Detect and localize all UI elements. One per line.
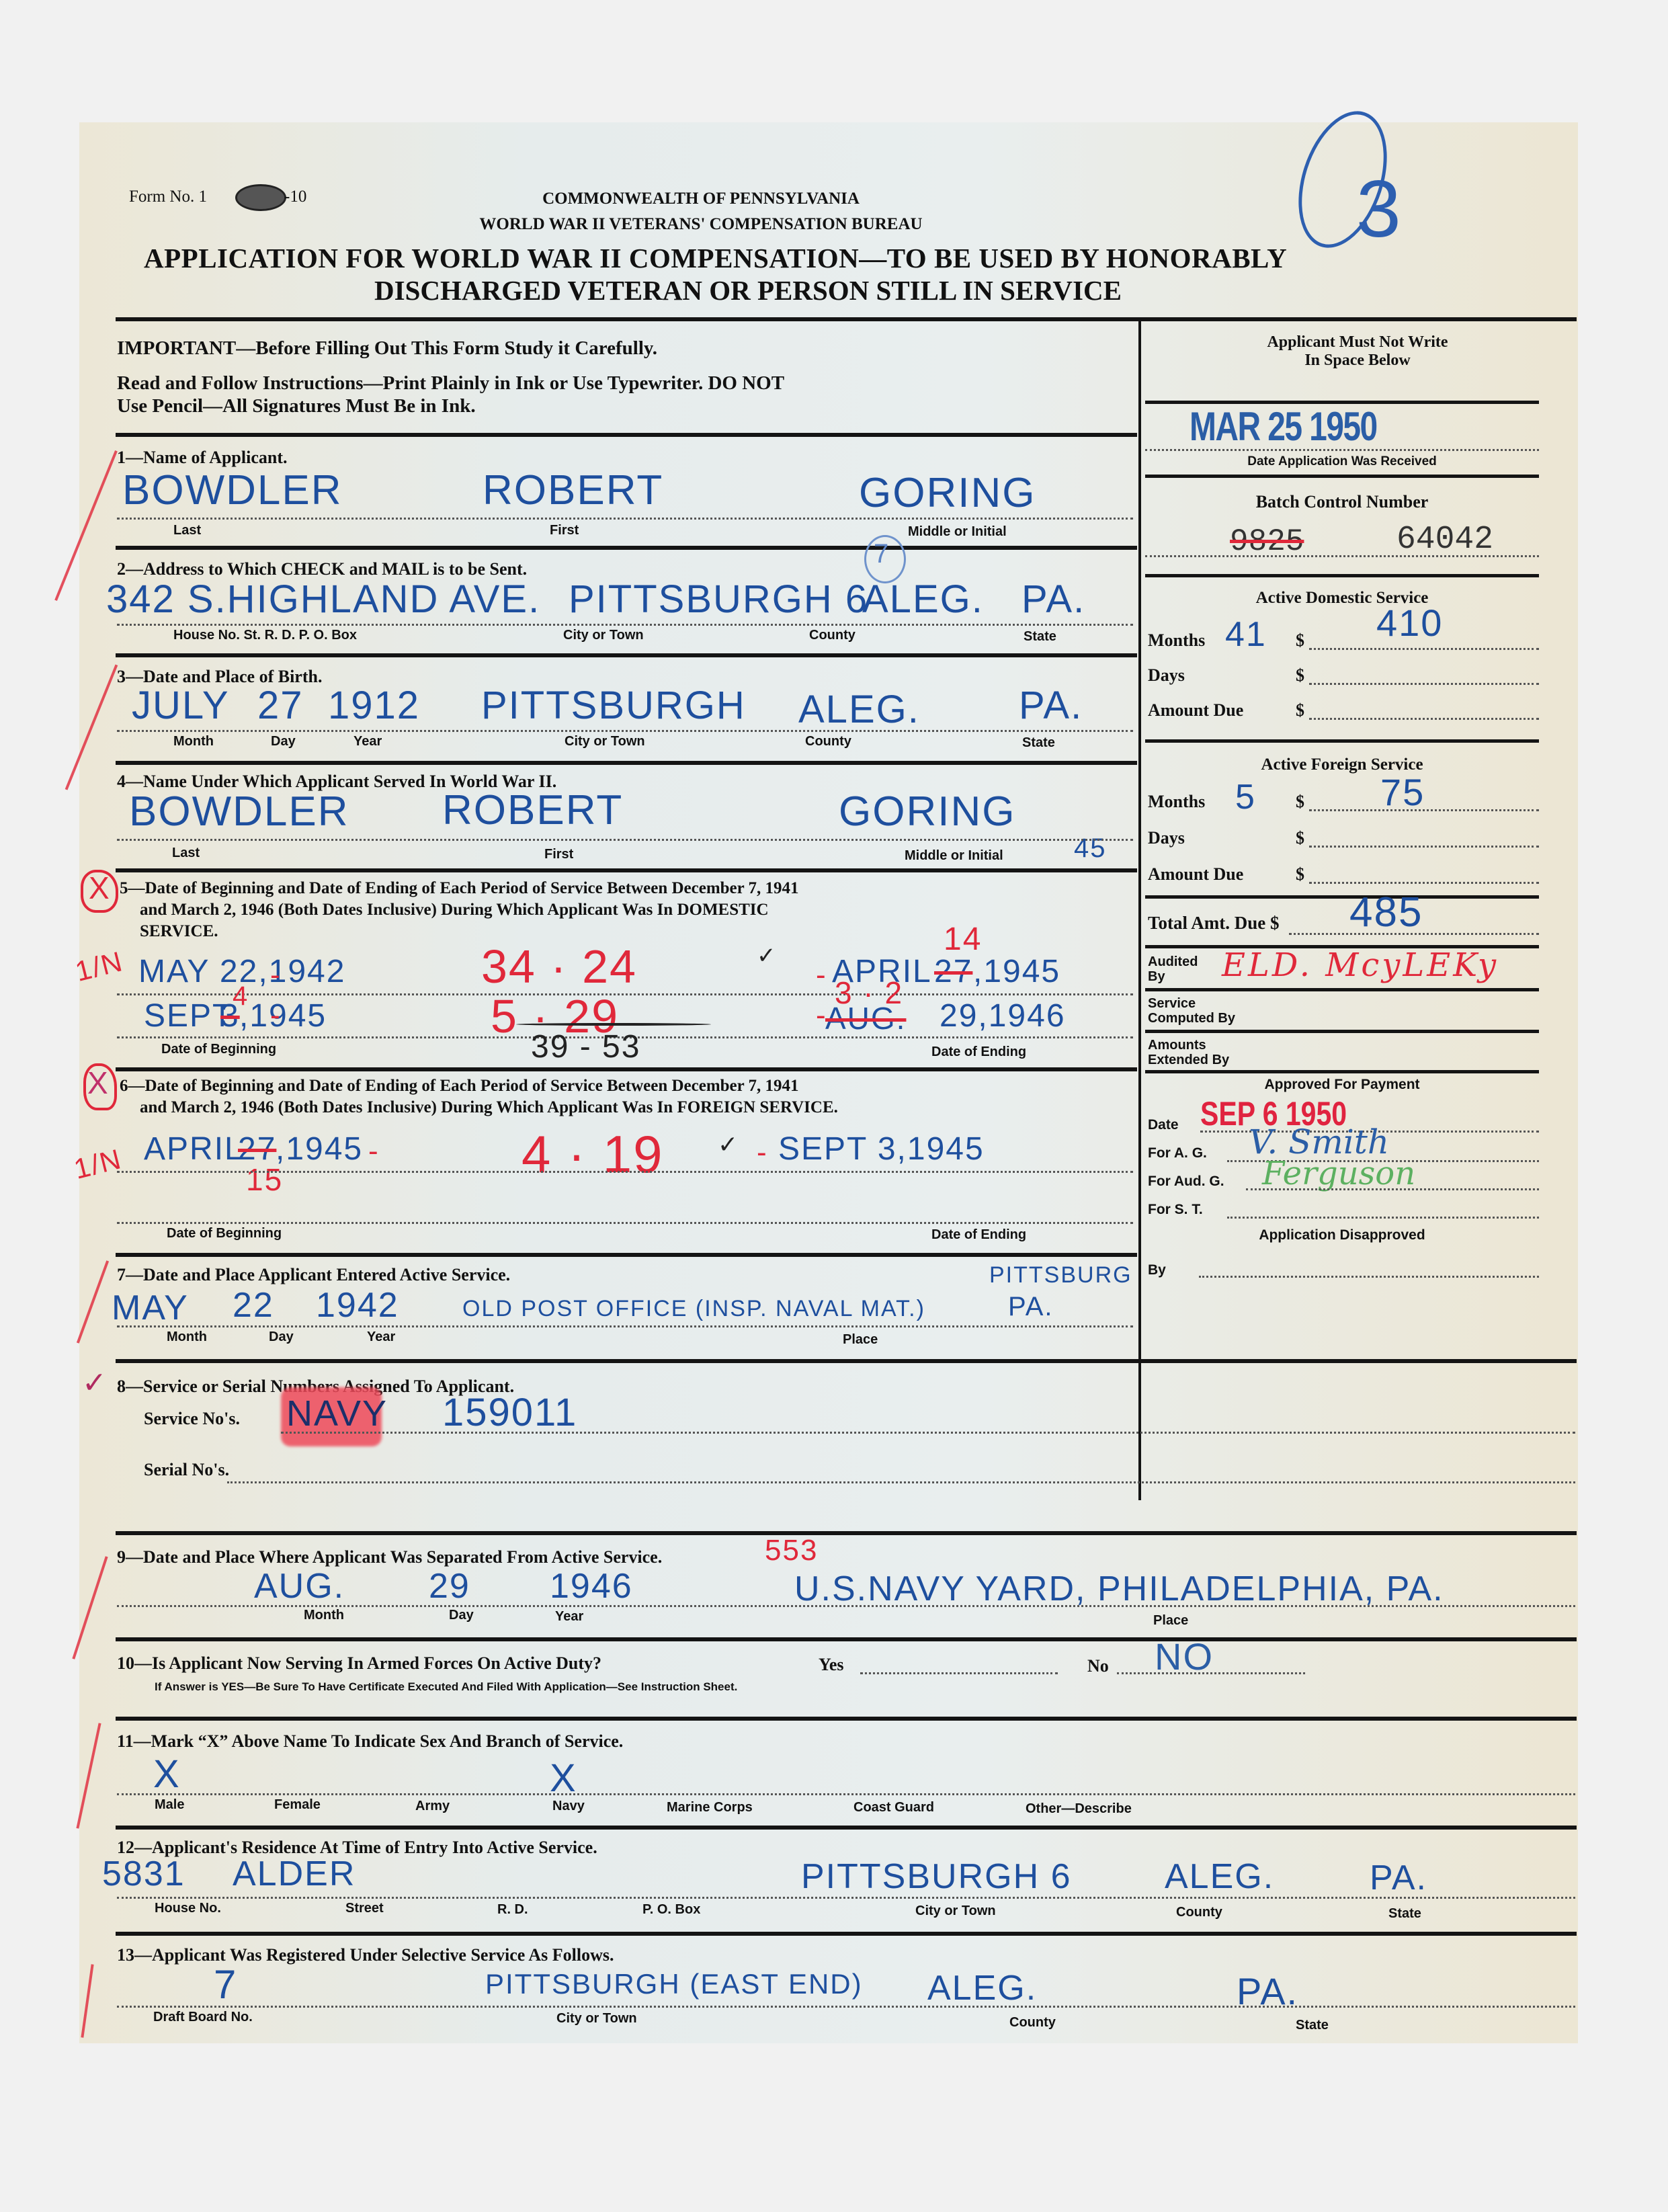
fill-line xyxy=(117,730,1133,732)
option-coast-guard[interactable]: Coast Guard xyxy=(853,1800,934,1815)
domestic-end-2[interactable]: 29,1946 xyxy=(940,997,1066,1034)
fill-line xyxy=(281,1432,1575,1434)
batch-number-struck: 9825 xyxy=(1230,524,1304,559)
section-5-margin-mark: 1/N xyxy=(72,945,126,988)
serial-number-label: Serial No's. xyxy=(144,1460,229,1480)
applicant-first-name[interactable]: ROBERT xyxy=(483,466,663,514)
mail-state[interactable]: PA. xyxy=(1021,577,1085,622)
yes-field[interactable] xyxy=(860,1672,1058,1674)
domestic-due-label: Amount Due xyxy=(1148,700,1243,721)
fill-line xyxy=(117,1325,1133,1327)
section-rule xyxy=(116,1067,1137,1071)
audited-signature: ELD. McyLEKy xyxy=(1222,946,1499,984)
service-number[interactable]: 159011 xyxy=(442,1390,577,1435)
foreign-months: 5 xyxy=(1235,777,1256,817)
approved-heading: Approved For Payment xyxy=(1145,1077,1539,1093)
check-mark-icon: ✓ xyxy=(757,942,778,969)
fill-line xyxy=(1309,882,1539,884)
received-date-stamp: MAR 25 1950 xyxy=(1190,403,1377,450)
served-first-name[interactable]: ROBERT xyxy=(442,786,623,834)
domestic-end-day-struck-1: 27 xyxy=(934,953,972,990)
for-ag-label: For A. G. xyxy=(1148,1145,1207,1161)
domestic-months-amount: 410 xyxy=(1376,601,1443,645)
total-amount: 485 xyxy=(1349,889,1423,936)
sublabel-month: Month xyxy=(173,734,214,749)
fill-line xyxy=(117,1897,1575,1899)
disapproved-heading: Application Disapproved xyxy=(1145,1227,1539,1243)
domestic-end-correction-2: 3 · 2 xyxy=(835,975,903,1011)
dollar-sign: $ xyxy=(1296,792,1304,812)
sublabel-date-ending: Date of Ending xyxy=(931,1227,1026,1243)
sublabel-county: County xyxy=(809,628,856,643)
domestic-end-day-correction-1: 14 xyxy=(944,921,982,958)
batch-struck-value: 9825 xyxy=(1230,524,1304,559)
audit-tick-mark xyxy=(72,1556,108,1659)
option-female[interactable]: Female xyxy=(274,1797,321,1813)
entry-day[interactable]: 22 xyxy=(233,1285,274,1325)
section-11-label: 11—Mark “X” Above Name To Indicate Sex A… xyxy=(117,1731,623,1752)
domestic-heading: Active Domestic Service xyxy=(1145,589,1539,608)
sublabel-day: Day xyxy=(269,1329,294,1345)
panel-rule xyxy=(1145,475,1539,478)
domestic-months: 41 xyxy=(1225,614,1267,655)
header-rule xyxy=(116,317,1577,321)
audit-tick-mark xyxy=(77,1260,109,1344)
section-10-label: 10—Is Applicant Now Serving In Armed For… xyxy=(117,1653,601,1674)
sublabel-city: City or Town xyxy=(563,628,644,643)
fill-line xyxy=(117,2006,1575,2008)
office-panel-divider xyxy=(1138,317,1141,1500)
foreign-months-label: Months xyxy=(1148,792,1205,812)
section-rule xyxy=(116,546,1137,550)
sublabel-draft-board: Draft Board No. xyxy=(153,2010,253,2025)
instructions-line1: IMPORTANT—Before Filling Out This Form S… xyxy=(117,337,657,360)
form-title-line1: APPLICATION FOR WORLD WAR II COMPENSATIO… xyxy=(144,242,1287,274)
panel-rule xyxy=(1145,1070,1539,1073)
sublabel-day: Day xyxy=(271,734,296,749)
dollar-sign: $ xyxy=(1296,828,1304,848)
domestic-calc-1: 34 · 24 xyxy=(481,940,637,993)
section-9-label: 9—Date and Place Where Applicant Was Sep… xyxy=(117,1547,662,1567)
audit-tick-mark xyxy=(76,1723,101,1828)
section-rule xyxy=(116,1531,1577,1535)
domestic-begin-year-2[interactable]: ,1945 xyxy=(239,997,327,1034)
panel-rule xyxy=(1145,574,1539,577)
foreign-begin-year[interactable]: ,1945 xyxy=(276,1131,363,1168)
section-7-label: 7—Date and Place Applicant Entered Activ… xyxy=(117,1265,510,1285)
disapproved-by-label: By xyxy=(1148,1262,1166,1278)
sublabel-first: First xyxy=(544,847,573,862)
for-aud-g-label: For Aud. G. xyxy=(1148,1174,1224,1190)
foreign-begin-month[interactable]: APRIL xyxy=(144,1131,244,1168)
aud-g-signature: Ferguson xyxy=(1262,1155,1415,1192)
section-rule xyxy=(116,1637,1577,1641)
sublabel-last: Last xyxy=(172,846,200,861)
fill-line xyxy=(227,1481,1575,1483)
birth-city[interactable]: PITTSBURGH xyxy=(481,683,746,728)
dollar-sign: $ xyxy=(1296,630,1304,651)
draft-board[interactable]: 7 xyxy=(214,1961,237,2008)
domestic-end-year-1[interactable]: ,1945 xyxy=(973,953,1060,990)
draft-city[interactable]: PITTSBURGH (EAST END) xyxy=(485,1968,863,2000)
fill-line xyxy=(1309,683,1539,685)
foreign-months-amount: 75 xyxy=(1380,770,1425,814)
option-marine-corps[interactable]: Marine Corps xyxy=(667,1800,753,1815)
office-panel: Applicant Must Not Write In Space Below xyxy=(1142,324,1573,370)
sublabel-middle: Middle or Initial xyxy=(908,524,1007,540)
approved-date-label: Date xyxy=(1148,1117,1179,1133)
no-label: No xyxy=(1087,1656,1109,1676)
fill-line xyxy=(117,993,1133,995)
sublabel-rd: R. D. xyxy=(497,1902,528,1918)
audited-label-1: Audited xyxy=(1148,954,1198,969)
fill-line xyxy=(117,518,1133,520)
separation-year[interactable]: 1946 xyxy=(550,1566,633,1606)
sublabel-year: Year xyxy=(367,1329,395,1345)
fill-line xyxy=(1309,718,1539,720)
sublabel-date-ending: Date of Ending xyxy=(931,1044,1026,1060)
male-mark[interactable]: X xyxy=(153,1752,181,1797)
foreign-due-label: Amount Due xyxy=(1148,864,1243,885)
section-13-label: 13—Applicant Was Registered Under Select… xyxy=(117,1945,614,1965)
fill-line xyxy=(1309,648,1539,650)
extended-label-2: Extended By xyxy=(1148,1053,1229,1067)
extended-label: AmountsExtended By xyxy=(1148,1038,1229,1067)
section-10-note: If Answer is YES—Be Sure To Have Certifi… xyxy=(155,1680,737,1694)
option-navy[interactable]: Navy xyxy=(552,1799,585,1814)
batch-label: Batch Control Number xyxy=(1145,492,1539,512)
residence-state[interactable]: PA. xyxy=(1370,1858,1427,1898)
section-6-box-mark: X xyxy=(87,1065,110,1101)
sublabel-city: City or Town xyxy=(565,734,645,749)
sublabel-state: State xyxy=(1022,735,1055,751)
yes-label: Yes xyxy=(819,1655,844,1675)
total-label: Total Amt. Due $ xyxy=(1148,913,1280,934)
section-5-box-mark: X xyxy=(89,870,111,906)
fill-line xyxy=(117,1605,1575,1607)
fill-line xyxy=(117,624,1133,626)
section-rule xyxy=(116,1253,1137,1257)
sublabel-place: Place xyxy=(1153,1613,1188,1629)
sublabel-day: Day xyxy=(449,1608,474,1623)
panel-rule xyxy=(1145,739,1539,743)
computed-label-1: Service xyxy=(1148,996,1235,1011)
residence-house[interactable]: 5831 xyxy=(102,1854,185,1894)
form-title-line2: DISCHARGED VETERAN OR PERSON STILL IN SE… xyxy=(79,274,1578,306)
applicant-middle-name[interactable]: GORING xyxy=(859,469,1036,517)
section-6-label-line2: and March 2, 1946 (Both Dates Inclusive)… xyxy=(140,1098,838,1117)
entry-month[interactable]: MAY xyxy=(112,1288,189,1328)
sublabel-year: Year xyxy=(555,1609,583,1625)
dollar-sign: $ xyxy=(1296,700,1304,721)
sublabel-state: State xyxy=(1296,2018,1329,2033)
audit-tick-mark xyxy=(81,1964,93,2037)
audit-tick-mark xyxy=(65,665,118,790)
sublabel-month: Month xyxy=(304,1608,344,1623)
received-date-label: Date Application Was Received xyxy=(1145,454,1539,469)
bureau-heading: WORLD WAR II VETERANS' COMPENSATION BURE… xyxy=(79,215,1087,234)
domestic-total: 39 - 53 xyxy=(531,1028,640,1065)
fill-line xyxy=(117,1793,1575,1795)
section-rule xyxy=(116,1359,1577,1363)
fill-line xyxy=(117,839,1133,841)
birth-month[interactable]: JULY xyxy=(132,683,230,728)
section-rule xyxy=(116,1826,1577,1830)
sublabel-state: State xyxy=(1388,1906,1421,1922)
check-mark-icon: ✓ xyxy=(718,1131,739,1159)
fill-line xyxy=(1309,846,1539,848)
sum-line xyxy=(516,1023,711,1026)
office-heading-line2: In Space Below xyxy=(1142,352,1573,370)
option-male[interactable]: Male xyxy=(155,1797,184,1813)
fill-line xyxy=(117,1171,1133,1173)
domestic-days-label: Days xyxy=(1148,665,1185,686)
entry-place-city[interactable]: PITTSBURG xyxy=(989,1262,1132,1288)
separation-note: 553 xyxy=(765,1534,818,1567)
sublabel-county: County xyxy=(1176,1905,1222,1920)
entry-place-state[interactable]: PA. xyxy=(1008,1292,1054,1322)
circled-note: 7 xyxy=(874,539,890,569)
sublabel-place: Place xyxy=(843,1332,878,1348)
served-margin-note: 45 xyxy=(1074,833,1107,864)
birth-day[interactable]: 27 xyxy=(257,683,304,728)
fill-line xyxy=(117,1222,1133,1224)
entry-year[interactable]: 1942 xyxy=(316,1285,399,1325)
option-other[interactable]: Other—Describe xyxy=(1026,1801,1132,1817)
check-mark-icon: ✓ xyxy=(82,1366,108,1400)
fill-line xyxy=(1309,809,1539,811)
panel-rule xyxy=(1145,1030,1539,1033)
service-number-label: Service No's. xyxy=(144,1409,240,1429)
fill-line xyxy=(1199,1276,1539,1278)
sublabel-street: Street xyxy=(345,1901,384,1916)
section-1-label: 1—Name of Applicant. xyxy=(117,448,288,468)
fill-line xyxy=(1117,1672,1305,1674)
section-6-margin-mark: 1/N xyxy=(71,1143,125,1186)
sublabel-date-beginning: Date of Beginning xyxy=(161,1042,276,1057)
dollar-sign: $ xyxy=(1296,665,1304,686)
sublabel-city: City or Town xyxy=(915,1903,996,1919)
sublabel-county: County xyxy=(805,734,851,749)
foreign-end[interactable]: SEPT 3,1945 xyxy=(778,1131,985,1168)
served-middle-name[interactable]: GORING xyxy=(839,788,1015,835)
computed-label: ServiceComputed By xyxy=(1148,996,1235,1026)
foreign-calc: 4 · 19 xyxy=(522,1124,663,1185)
office-heading-line1: Applicant Must Not Write xyxy=(1142,333,1573,352)
foreign-days-label: Days xyxy=(1148,828,1185,848)
section-rule xyxy=(116,868,1137,872)
separation-place[interactable]: U.S.NAVY YARD, PHILADELPHIA, PA. xyxy=(794,1569,1444,1609)
dollar-sign: $ xyxy=(1296,864,1304,885)
birth-state[interactable]: PA. xyxy=(1019,683,1083,728)
domestic-months-label: Months xyxy=(1148,630,1205,651)
fill-line xyxy=(1145,449,1539,451)
computed-label-2: Computed By xyxy=(1148,1011,1235,1026)
served-last-name[interactable]: BOWDLER xyxy=(129,788,349,835)
sublabel-month: Month xyxy=(167,1329,207,1345)
foreign-begin-day-correction: 15 xyxy=(246,1161,283,1198)
separation-month[interactable]: AUG. xyxy=(254,1566,345,1606)
separation-day[interactable]: 29 xyxy=(429,1566,470,1606)
sublabel-state: State xyxy=(1024,629,1056,645)
instructions-line3: Use Pencil—All Signatures Must Be in Ink… xyxy=(117,395,476,417)
section-5-label-line3: SERVICE. xyxy=(140,922,218,941)
instructions-line2: Read and Follow Instructions—Print Plain… xyxy=(117,372,784,395)
fill-line xyxy=(1227,1217,1539,1219)
corner-mark: 3 xyxy=(1356,163,1403,255)
section-rule xyxy=(116,1717,1577,1721)
section-rule xyxy=(116,761,1137,765)
draft-county[interactable]: ALEG. xyxy=(927,1968,1037,2008)
sublabel-house: House No. xyxy=(155,1901,221,1916)
sublabel-year: Year xyxy=(353,734,382,749)
sublabel-county: County xyxy=(1009,2015,1056,2031)
extended-label-1: Amounts xyxy=(1148,1038,1229,1053)
sublabel-last: Last xyxy=(173,523,201,538)
fill-line xyxy=(1289,933,1539,935)
birth-county[interactable]: ALEG. xyxy=(798,687,920,732)
sublabel-middle: Middle or Initial xyxy=(905,848,1003,864)
section-rule xyxy=(116,653,1137,657)
audited-label-2: By xyxy=(1148,969,1198,984)
sublabel-first: First xyxy=(550,523,579,538)
section-12-label: 12—Applicant's Residence At Time of Entr… xyxy=(117,1838,597,1858)
fill-line xyxy=(1145,555,1539,557)
section-5-label-line1: 5—Date of Beginning and Date of Ending o… xyxy=(120,879,799,898)
section-rule xyxy=(116,1932,1577,1936)
residence-county[interactable]: ALEG. xyxy=(1165,1856,1274,1897)
mail-county[interactable]: ALEG. xyxy=(862,577,984,622)
foreign-heading: Active Foreign Service xyxy=(1145,755,1539,774)
for-st-label: For S. T. xyxy=(1148,1202,1203,1218)
batch-number: 64042 xyxy=(1396,522,1493,558)
sublabel-date-beginning: Date of Beginning xyxy=(167,1226,282,1241)
section-5-label-line2: and March 2, 1946 (Both Dates Inclusive)… xyxy=(140,901,769,919)
form-page: Form No. 1 -10 COMMONWEALTH OF PENNSYLVA… xyxy=(79,122,1578,2043)
sublabel-pobox: P. O. Box xyxy=(642,1902,700,1918)
panel-rule xyxy=(1145,988,1539,991)
residence-city[interactable]: PITTSBURGH 6 xyxy=(801,1856,1072,1897)
option-army[interactable]: Army xyxy=(415,1799,450,1814)
birth-year[interactable]: 1912 xyxy=(328,683,420,728)
entry-place[interactable]: OLD POST OFFICE (INSP. NAVAL MAT.) xyxy=(462,1296,925,1322)
service-branch: NAVY xyxy=(286,1393,388,1434)
section-6-label-line1: 6—Date of Beginning and Date of Ending o… xyxy=(120,1077,799,1096)
fill-line xyxy=(1246,1188,1539,1190)
mail-street[interactable]: 342 S.HIGHLAND AVE. xyxy=(106,577,540,622)
panel-rule xyxy=(1145,895,1539,899)
mail-city[interactable]: PITTSBURGH 6 xyxy=(569,577,868,622)
section-rule xyxy=(116,433,1137,437)
applicant-last-name[interactable]: BOWDLER xyxy=(122,466,342,514)
commonwealth-heading: COMMONWEALTH OF PENNSYLVANIA xyxy=(79,190,1087,208)
sublabel-street: House No. St. R. D. P. O. Box xyxy=(173,628,357,643)
residence-street[interactable]: ALDER xyxy=(233,1854,356,1894)
audited-label: AuditedBy xyxy=(1148,954,1198,984)
sublabel-city: City or Town xyxy=(556,2011,637,2026)
